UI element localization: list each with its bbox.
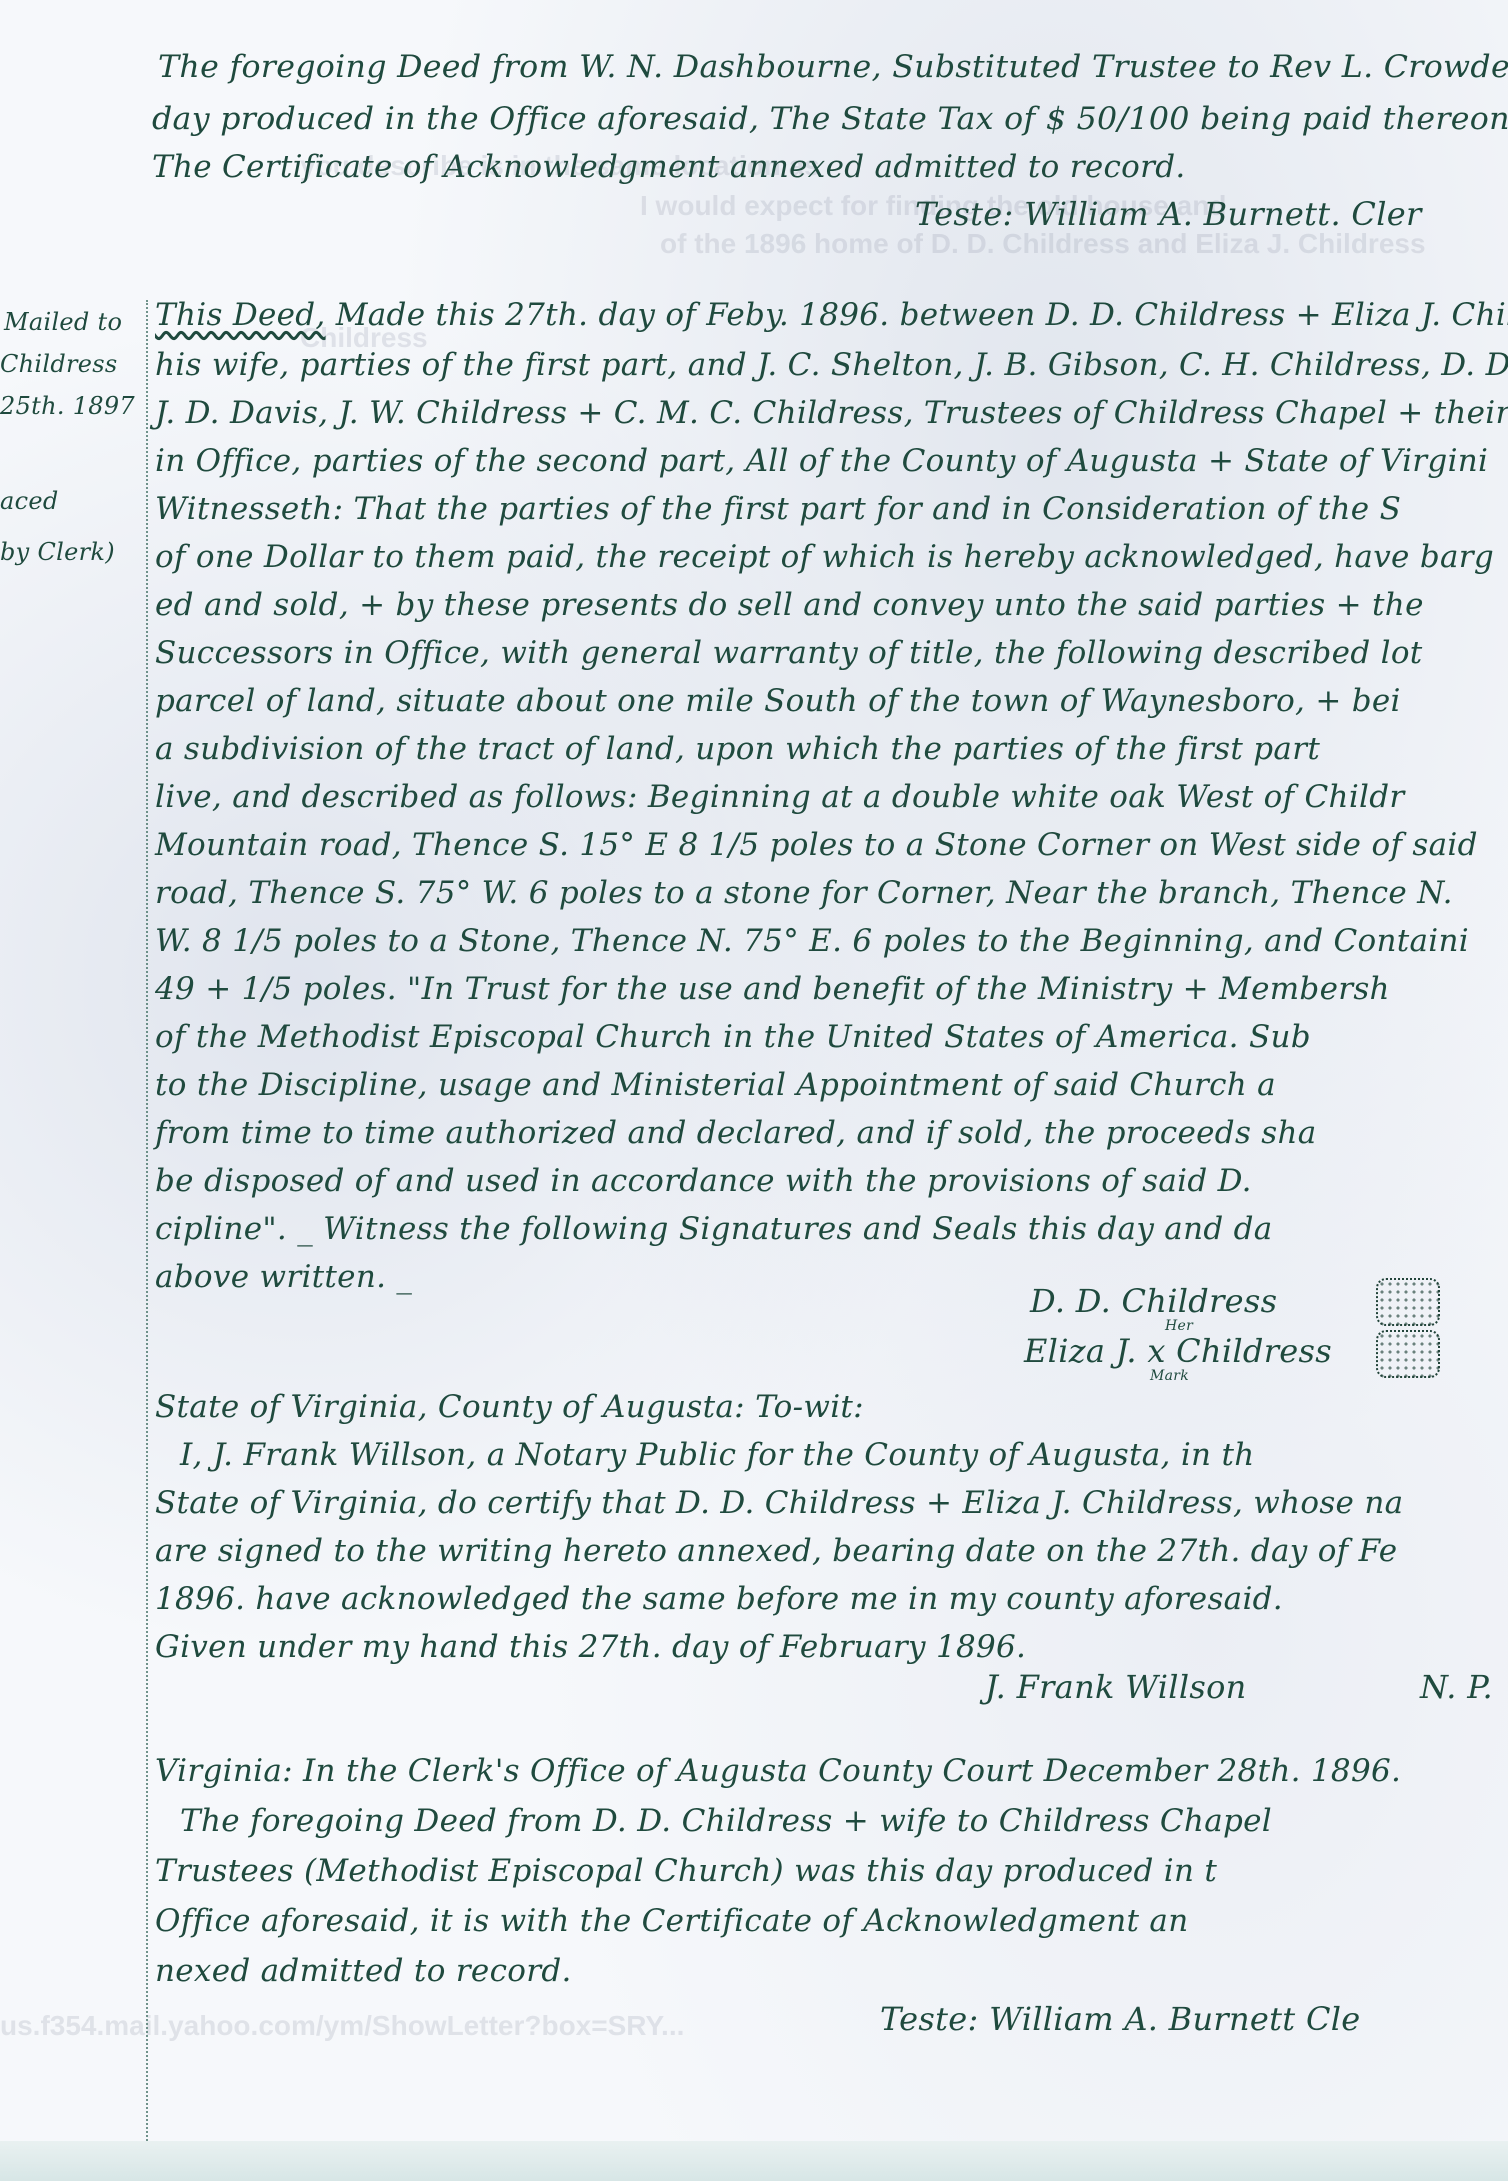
document-page: you describe is in the same location as …	[0, 0, 1508, 2181]
margin-note-line: by Clerk)	[0, 538, 115, 566]
deed-line: This Deed, Made this 27th. day of Feby. …	[155, 300, 1508, 331]
margin-note-line: Childress	[0, 350, 118, 378]
bleed-through-text: us.f354.mail.yahoo.com/ym/ShowLetter?box…	[0, 2010, 684, 2042]
deed-line: Mountain road, Thence S. 15° E 8 1/5 pol…	[155, 830, 1478, 861]
clerk-teste-signature: Teste: William A. Burnett. Cler	[915, 195, 1422, 233]
deed-line: Witnesseth: That the parties of the firs…	[155, 494, 1401, 525]
deed-line: parcel of land, situate about one mile S…	[155, 686, 1401, 717]
seal-icon	[1376, 1278, 1440, 1326]
deed-line: W. 8 1/5 poles to a Stone, Thence N. 75°…	[155, 926, 1469, 957]
margin-note-line: aced	[0, 487, 59, 515]
margin-note-line: Mailed to	[4, 308, 122, 336]
deed-line: of the Methodist Episcopal Church in the…	[155, 1022, 1311, 1053]
clerk-record-line: Trustees (Methodist Episcopal Church) wa…	[155, 1856, 1217, 1887]
deed-line: Successors in Office, with general warra…	[155, 638, 1423, 669]
seal-icon	[1376, 1330, 1440, 1378]
notary-suffix: N. P.	[1420, 1668, 1493, 1706]
deed-line: from time to time authorized and declare…	[155, 1118, 1317, 1149]
acknowledgment-heading: State of Virginia, County of Augusta: To…	[155, 1392, 864, 1423]
deed-opening: This Deed,	[155, 297, 326, 333]
deed-line: be disposed of and used in accordance wi…	[155, 1166, 1252, 1197]
clerk-record-heading: Virginia: In the Clerk's Office of Augus…	[155, 1756, 1401, 1787]
deed-line: ed and sold, + by these presents do sell…	[155, 590, 1424, 621]
header-line: The Certificate of Acknowledgment annexe…	[152, 152, 1186, 183]
deed-line: J. D. Davis, J. W. Childress + C. M. C. …	[155, 398, 1508, 429]
mark-label: Mark	[1150, 1368, 1189, 1384]
signature-eliza-childress: Eliza J. x Childress	[1024, 1332, 1332, 1370]
header-line: day produced in the Office aforesaid, Th…	[152, 104, 1508, 135]
signature-dd-childress: D. D. Childress	[1030, 1282, 1277, 1320]
scan-bottom-edge	[0, 2141, 1508, 2181]
clerk-record-line: Office aforesaid, it is with the Certifi…	[155, 1906, 1188, 1937]
acknowledgment-line: are signed to the writing hereto annexed…	[155, 1536, 1397, 1567]
acknowledgment-line: 1896. have acknowledged the same before …	[155, 1584, 1283, 1615]
deed-line-rest: Made this 27th. day of Feby. 1896. betwe…	[326, 297, 1508, 333]
acknowledgment-line: I, J. Frank Willson, a Notary Public for…	[180, 1440, 1255, 1471]
deed-line: above written. _	[155, 1262, 412, 1293]
clerk-teste-signature: Teste: William A. Burnett Cle	[880, 2000, 1361, 2038]
margin-note-line: 25th. 1897	[0, 392, 135, 420]
acknowledgment-line: State of Virginia, do certify that D. D.…	[155, 1488, 1403, 1519]
clerk-record-line: The foregoing Deed from D. D. Childress …	[180, 1806, 1272, 1837]
deed-line: to the Discipline, usage and Ministerial…	[155, 1070, 1276, 1101]
deed-line: 49 + 1/5 poles. "In Trust for the use an…	[155, 974, 1390, 1005]
deed-line: live, and described as follows: Beginnin…	[155, 782, 1405, 813]
deed-line: in Office, parties of the second part, A…	[155, 446, 1488, 477]
left-margin-rule	[146, 300, 148, 2160]
acknowledgment-line: Given under my hand this 27th. day of Fe…	[155, 1632, 1026, 1663]
deed-line: his wife, parties of the first part, and…	[155, 350, 1508, 381]
deed-line: a subdivision of the tract of land, upon…	[155, 734, 1320, 765]
clerk-record-line: nexed admitted to record.	[155, 1956, 572, 1987]
her-mark-label: Her	[1165, 1318, 1193, 1334]
deed-line: road, Thence S. 75° W. 6 poles to a ston…	[155, 878, 1453, 909]
notary-signature: J. Frank Willson	[985, 1668, 1247, 1706]
header-line: The foregoing Deed from W. N. Dashbourne…	[158, 52, 1508, 83]
deed-line: cipline". _ Witness the following Signat…	[155, 1214, 1273, 1245]
deed-line: of one Dollar to them paid, the receipt …	[155, 542, 1494, 573]
